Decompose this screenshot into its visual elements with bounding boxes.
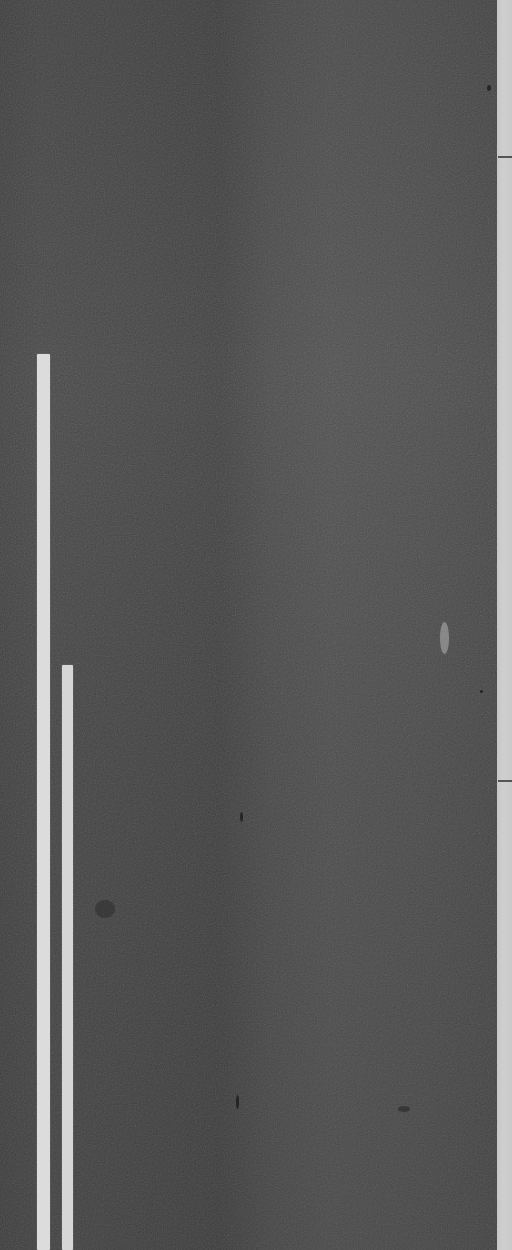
road-edge-line [497,0,512,1250]
lighting-gradient [0,0,512,1250]
crack [236,1095,239,1109]
oil-stain [398,1106,410,1112]
lane-marking-short [62,665,73,1250]
debris [480,690,483,693]
lane-marking-long [37,354,50,1250]
oil-stain [95,900,115,918]
pavement-mark [440,622,449,654]
crack [240,812,243,822]
edge-crack [498,156,512,158]
oil-stain [487,85,491,91]
edge-crack [498,780,512,782]
road-aerial-image: Aerial top-down view of asphalt road sur… [0,0,512,1250]
